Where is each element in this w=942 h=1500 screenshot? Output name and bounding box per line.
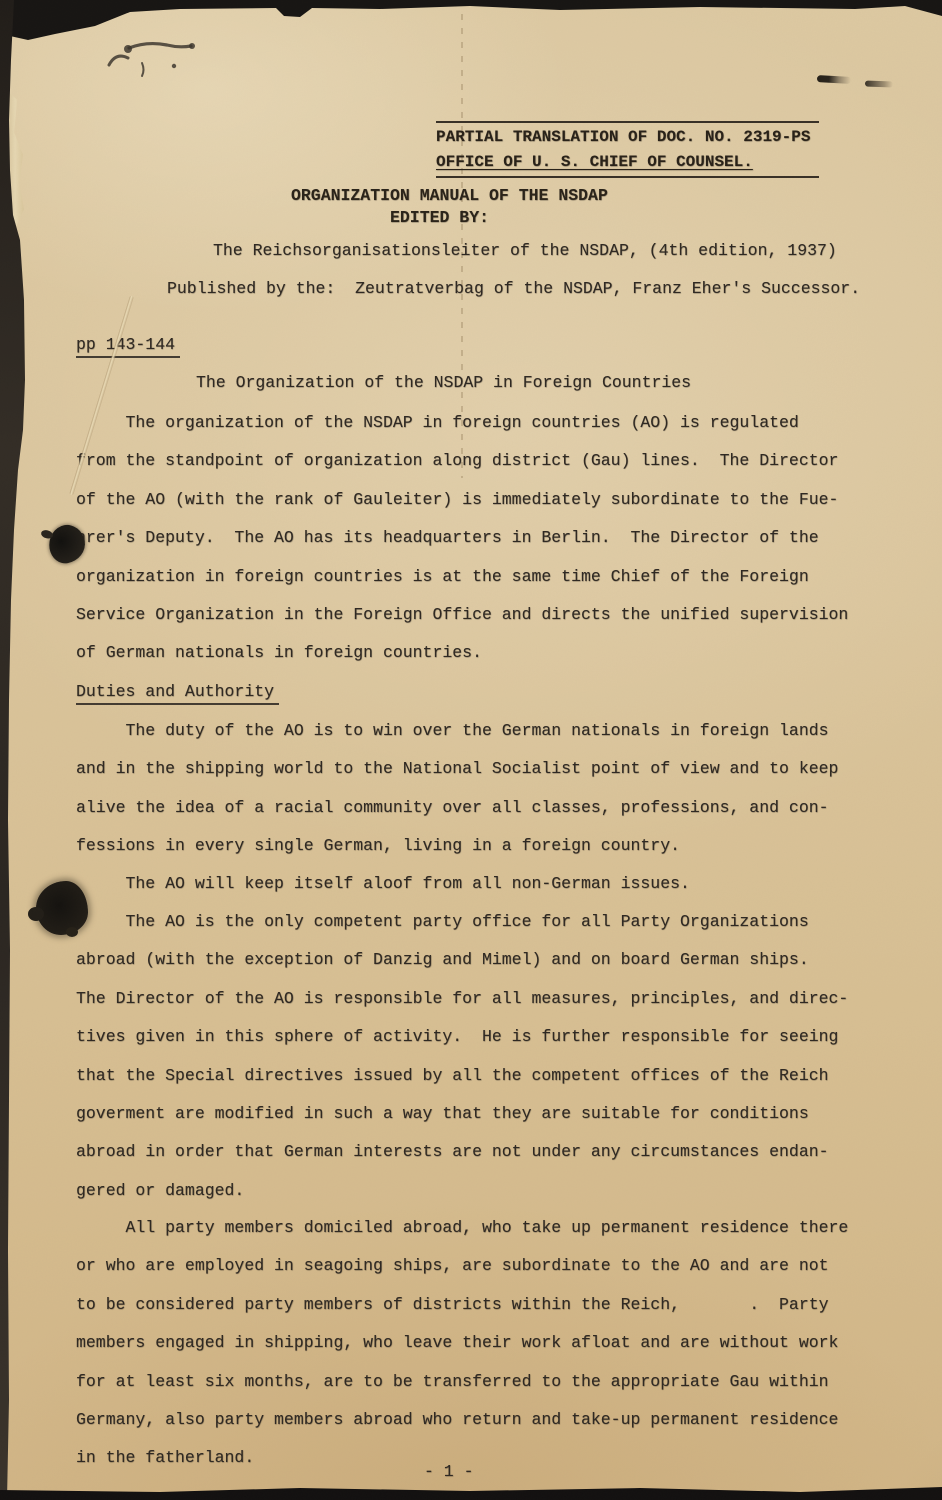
ink-smudge-right — [865, 81, 893, 88]
paragraph-duty: The duty of the AO is to win over the Ge… — [76, 712, 838, 866]
office-line: OFFICE OF U. S. CHIEF OF COUNSEL. — [436, 150, 819, 175]
pencil-marks — [95, 33, 215, 81]
document-header: PARTIAL TRANSLATION OF DOC. NO. 2319-PS … — [436, 121, 819, 178]
document-title: ORGANIZATION MANUAL OF THE NSDAP — [291, 185, 608, 207]
page-number: - 1 - — [424, 1461, 474, 1483]
scan-left-edge — [0, 0, 30, 1500]
section-title: The Organization of the NSDAP in Foreign… — [196, 372, 691, 394]
edited-by-label: EDITED BY: — [390, 207, 489, 229]
paragraph-organization: The organization of the NSDAP in foreign… — [76, 404, 848, 673]
scanned-document-page: PARTIAL TRANSLATION OF DOC. NO. 2319-PS … — [0, 0, 942, 1500]
scan-bottom-edge — [0, 1486, 942, 1500]
paragraph-aloof: The AO will keep itself aloof from all n… — [76, 865, 690, 903]
duties-heading: Duties and Authority — [76, 682, 279, 705]
ink-blot-large — [36, 881, 88, 935]
paragraph-competence: The AO is the only competent party offic… — [76, 903, 848, 1210]
editor-line: The Reichsorganisationsleiter of the NSD… — [213, 240, 837, 262]
publisher-line: Published by the: Zeutratverbag of the N… — [167, 278, 860, 300]
doc-number-line: PARTIAL TRANSLATION OF DOC. NO. 2319-PS — [436, 125, 819, 150]
paragraph-members-abroad: All party members domiciled abroad, who … — [76, 1209, 848, 1478]
ink-smudge-left — [817, 75, 851, 84]
page-reference: pp 143-144 — [76, 335, 180, 358]
